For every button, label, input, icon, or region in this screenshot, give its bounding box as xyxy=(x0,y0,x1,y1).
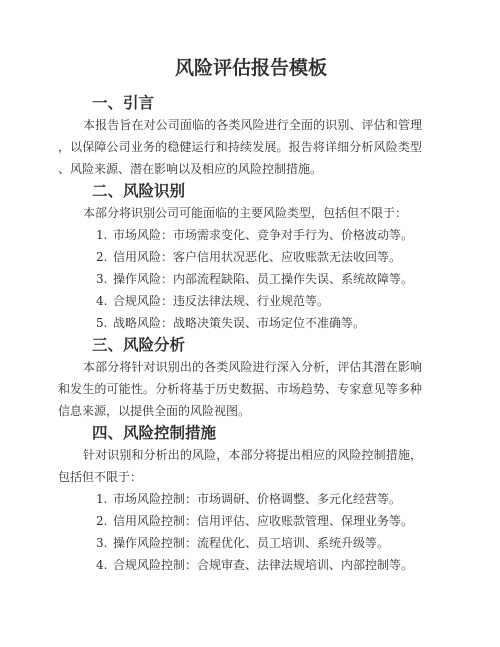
section-heading-risk-identification: 二、风险识别 xyxy=(58,180,422,202)
list-item: 4.合规风险：违反法律法规、行业规范等。 xyxy=(58,290,422,312)
list-item-number: 1. xyxy=(96,488,113,510)
section-risk-analysis: 三、风险分析 本部分将针对识别出的各类风险进行深入分析，评估其潜在影响和发生的可… xyxy=(58,334,422,422)
section-risk-identification: 二、风险识别 本部分将识别公司可能面临的主要风险类型，包括但不限于： 1.市场风… xyxy=(58,180,422,334)
list-item-number: 1. xyxy=(96,224,113,246)
document-title: 风险评估报告模板 xyxy=(58,55,422,81)
section-heading-risk-analysis: 三、风险分析 xyxy=(58,334,422,356)
list-item: 5.战略风险：战略决策失误、市场定位不准确等。 xyxy=(58,312,422,334)
paragraph-risk-analysis: 本部分将针对识别出的各类风险进行深入分析，评估其潜在影响和发生的可能性。分析将基… xyxy=(58,356,422,422)
list-item: 1.市场风险控制：市场调研、价格调整、多元化经营等。 xyxy=(58,488,422,510)
risk-type-list: 1.市场风险：市场需求变化、竞争对手行为、价格波动等。 2.信用风险：客户信用状… xyxy=(58,224,422,334)
paragraph-risk-control-measures: 针对识别和分析出的风险，本部分将提出相应的风险控制措施，包括但不限于： xyxy=(58,444,422,488)
paragraph-risk-identification: 本部分将识别公司可能面临的主要风险类型，包括但不限于： xyxy=(58,202,422,224)
section-heading-risk-control-measures: 四、风险控制措施 xyxy=(58,422,422,444)
list-item-text: 操作风险：内部流程缺陷、员工操作失误、系统故障等。 xyxy=(113,272,413,286)
list-item-text: 信用风险：客户信用状况恶化、应收账款无法收回等。 xyxy=(113,250,401,264)
list-item-number: 2. xyxy=(96,246,113,268)
list-item-text: 战略风险：战略决策失误、市场定位不准确等。 xyxy=(113,316,365,330)
list-item-number: 5. xyxy=(96,312,113,334)
list-item-number: 4. xyxy=(96,554,113,576)
list-item-text: 市场风险：市场需求变化、竞争对手行为、价格波动等。 xyxy=(113,228,413,242)
list-item-number: 2. xyxy=(96,510,113,532)
list-item: 3.操作风险控制：流程优化、员工培训、系统升级等。 xyxy=(58,532,422,554)
list-item-text: 合规风险：违反法律法规、行业规范等。 xyxy=(113,294,329,308)
list-item-text: 操作风险控制：流程优化、员工培训、系统升级等。 xyxy=(113,536,389,550)
list-item: 2.信用风险控制：信用评估、应收账款管理、保理业务等。 xyxy=(58,510,422,532)
paragraph-introduction: 本报告旨在对公司面临的各类风险进行全面的识别、评估和管理，以保障公司业务的稳健运… xyxy=(58,114,422,180)
list-item-text: 信用风险控制：信用评估、应收账款管理、保理业务等。 xyxy=(113,514,413,528)
list-item: 4.合规风险控制：合规审查、法律法规培训、内部控制等。 xyxy=(58,554,422,576)
list-item-number: 3. xyxy=(96,532,113,554)
list-item-number: 3. xyxy=(96,268,113,290)
section-heading-introduction: 一、引言 xyxy=(58,92,422,114)
list-item-number: 4. xyxy=(96,290,113,312)
risk-control-list: 1.市场风险控制：市场调研、价格调整、多元化经营等。 2.信用风险控制：信用评估… xyxy=(58,488,422,576)
list-item: 3.操作风险：内部流程缺陷、员工操作失误、系统故障等。 xyxy=(58,268,422,290)
document-page: 风险评估报告模板 一、引言 本报告旨在对公司面临的各类风险进行全面的识别、评估和… xyxy=(0,0,500,647)
section-introduction: 一、引言 本报告旨在对公司面临的各类风险进行全面的识别、评估和管理，以保障公司业… xyxy=(58,92,422,180)
list-item-text: 市场风险控制：市场调研、价格调整、多元化经营等。 xyxy=(113,492,401,506)
list-item: 1.市场风险：市场需求变化、竞争对手行为、价格波动等。 xyxy=(58,224,422,246)
section-risk-control-measures: 四、风险控制措施 针对识别和分析出的风险，本部分将提出相应的风险控制措施，包括但… xyxy=(58,422,422,576)
list-item-text: 合规风险控制：合规审查、法律法规培训、内部控制等。 xyxy=(113,558,413,572)
list-item: 2.信用风险：客户信用状况恶化、应收账款无法收回等。 xyxy=(58,246,422,268)
